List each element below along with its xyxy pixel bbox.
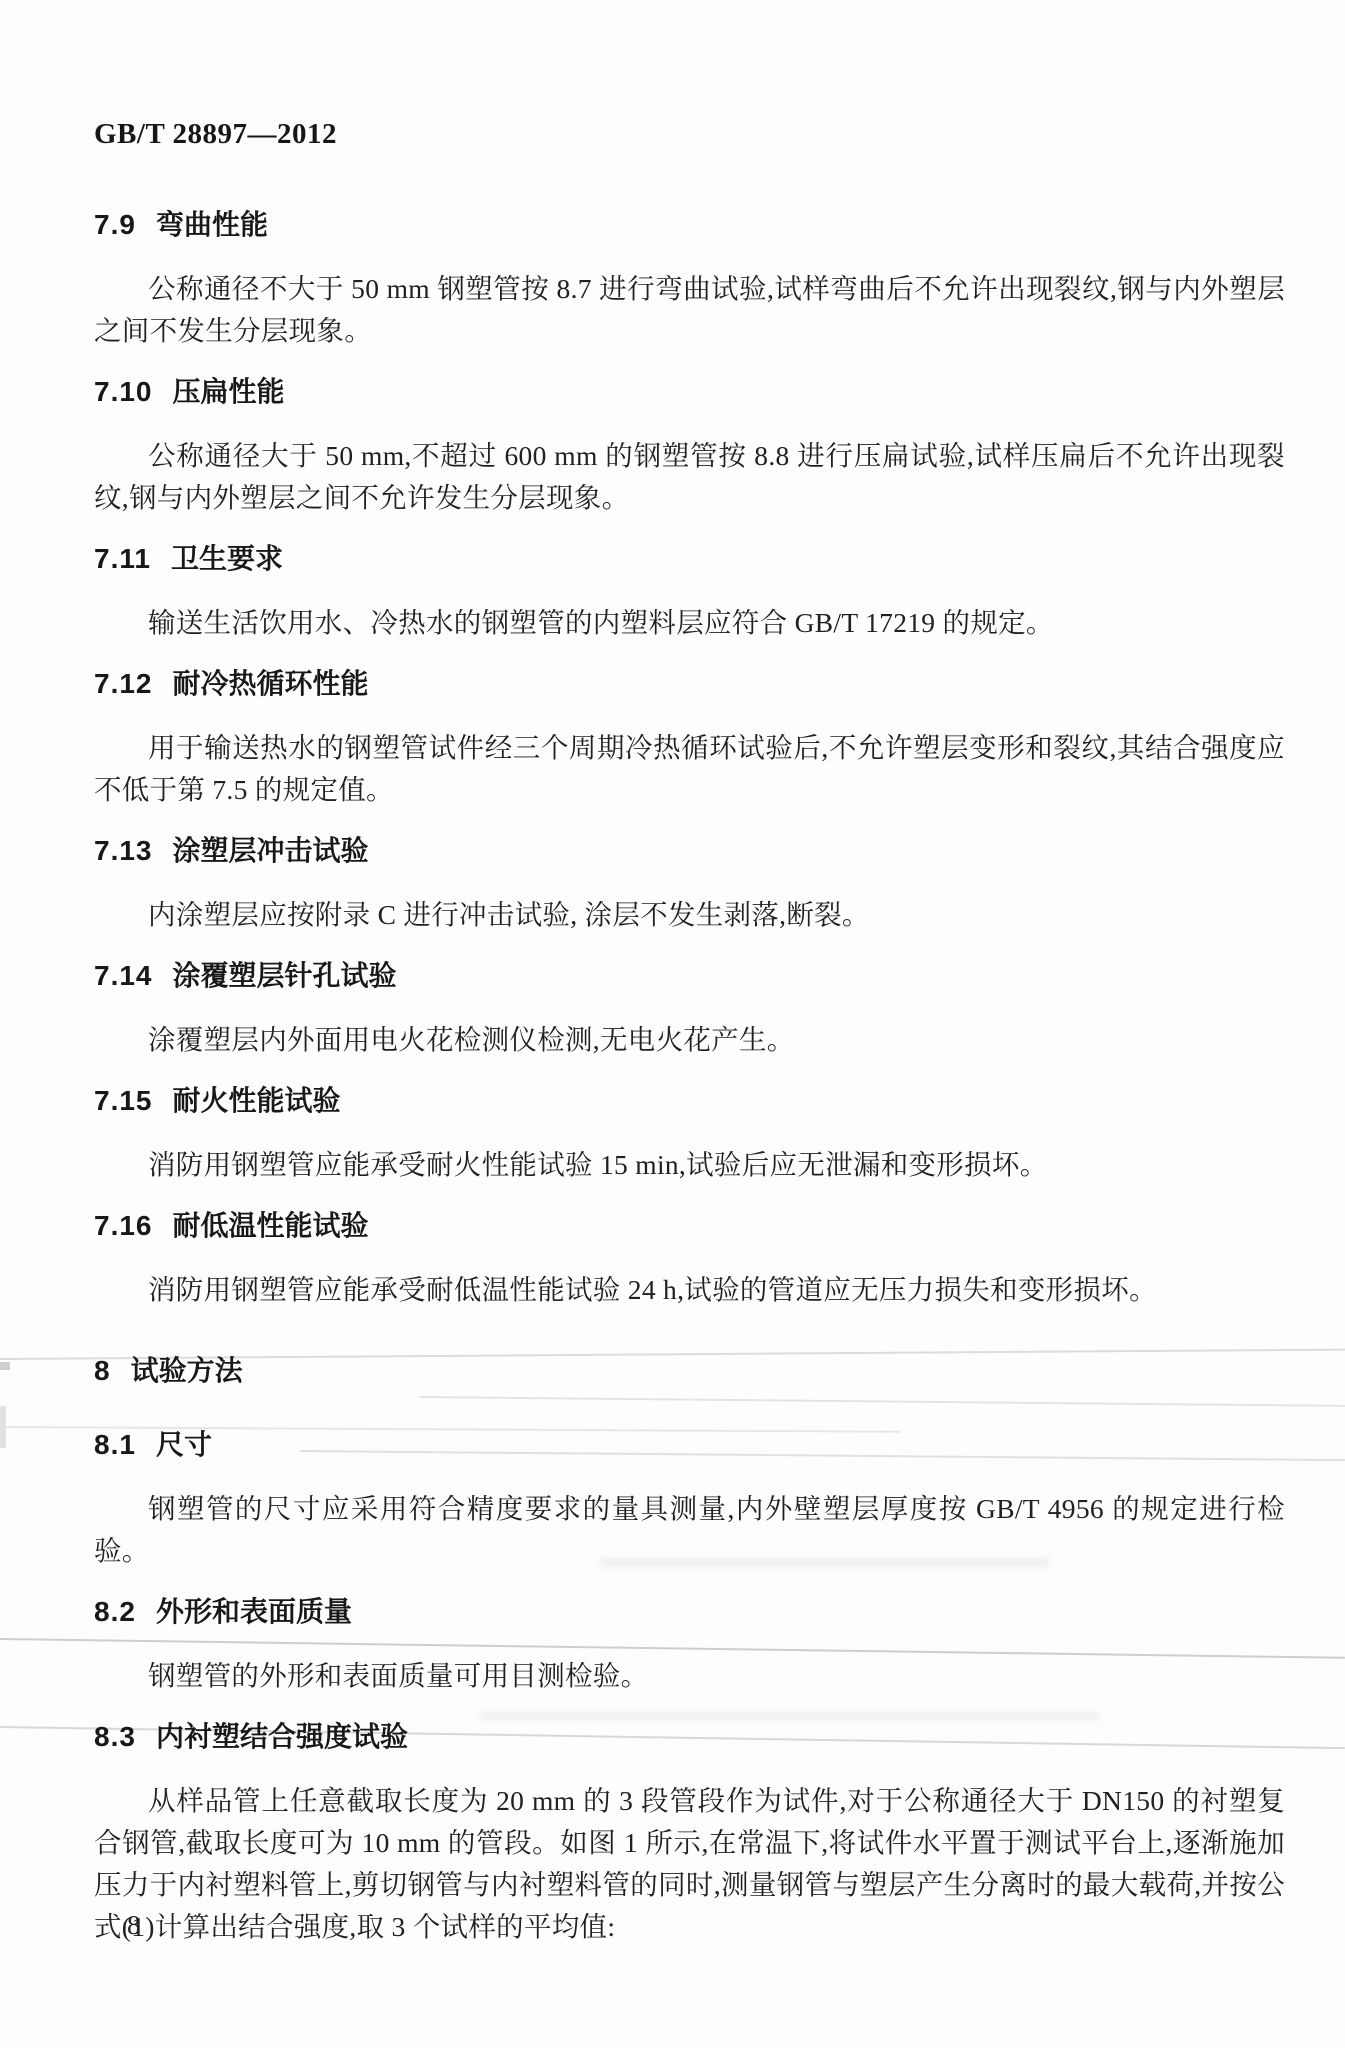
- section-title: 耐冷热循环性能: [173, 666, 369, 702]
- section-paragraph: 消防用钢塑管应能承受耐低温性能试验 24 h,试验的管道应无压力损失和变形损坏。: [94, 1269, 1285, 1311]
- section-heading: 7.13 涂塑层冲击试验: [94, 833, 1285, 869]
- section-title: 涂覆塑层针孔试验: [173, 958, 397, 994]
- section-number: 7.13: [94, 833, 153, 869]
- scan-edge-mark: [0, 1362, 10, 1370]
- section-heading: 7.11 卫生要求: [94, 541, 1285, 577]
- section-heading: 8.2 外形和表面质量: [94, 1594, 1285, 1630]
- section-8-2: 8.2 外形和表面质量 钢塑管的外形和表面质量可用目测检验。: [94, 1594, 1285, 1697]
- section-8-3: 8.3 内衬塑结合强度试验 从样品管上任意截取长度为 20 mm 的 3 段管段…: [94, 1719, 1285, 1948]
- section-paragraph: 从样品管上任意截取长度为 20 mm 的 3 段管段作为试件,对于公称通径大于 …: [94, 1780, 1285, 1948]
- section-paragraph: 公称通径不大于 50 mm 钢塑管按 8.7 进行弯曲试验,试样弯曲后不允许出现…: [94, 268, 1285, 352]
- section-title: 涂塑层冲击试验: [173, 833, 369, 869]
- section-number: 7.12: [94, 666, 153, 702]
- section-title: 耐低温性能试验: [173, 1208, 369, 1244]
- chapter-number: 8: [94, 1353, 111, 1389]
- section-paragraph: 消防用钢塑管应能承受耐火性能试验 15 min,试验后应无泄漏和变形损坏。: [94, 1144, 1285, 1186]
- section-paragraph: 内涂塑层应按附录 C 进行冲击试验, 涂层不发生剥落,断裂。: [94, 894, 1285, 936]
- page-number: 8: [127, 1910, 141, 1941]
- section-number: 7.9: [94, 207, 136, 243]
- chapter-heading: 8 试验方法: [94, 1353, 1285, 1389]
- section-number: 8.3: [94, 1719, 136, 1755]
- section-7-14: 7.14 涂覆塑层针孔试验 涂覆塑层内外面用电火花检测仪检测,无电火花产生。: [94, 958, 1285, 1061]
- section-number: 7.16: [94, 1208, 153, 1244]
- section-heading: 7.16 耐低温性能试验: [94, 1208, 1285, 1244]
- section-title: 内衬塑结合强度试验: [156, 1719, 408, 1755]
- section-7-11: 7.11 卫生要求 输送生活饮用水、冷热水的钢塑管的内塑料层应符合 GB/T 1…: [94, 541, 1285, 644]
- section-title: 尺寸: [156, 1427, 212, 1463]
- section-heading: 7.15 耐火性能试验: [94, 1083, 1285, 1119]
- section-heading: 8.1 尺寸: [94, 1427, 1285, 1463]
- section-number: 8.2: [94, 1594, 136, 1630]
- section-heading: 7.14 涂覆塑层针孔试验: [94, 958, 1285, 994]
- section-paragraph: 公称通径大于 50 mm,不超过 600 mm 的钢塑管按 8.8 进行压扁试验…: [94, 435, 1285, 519]
- section-7-15: 7.15 耐火性能试验 消防用钢塑管应能承受耐火性能试验 15 min,试验后应…: [94, 1083, 1285, 1186]
- section-number: 7.15: [94, 1083, 153, 1119]
- section-7-13: 7.13 涂塑层冲击试验 内涂塑层应按附录 C 进行冲击试验, 涂层不发生剥落,…: [94, 833, 1285, 936]
- chapter-8: 8 试验方法: [94, 1353, 1285, 1389]
- section-paragraph: 用于输送热水的钢塑管试件经三个周期冷热循环试验后,不允许塑层变形和裂纹,其结合强…: [94, 727, 1285, 811]
- section-heading: 8.3 内衬塑结合强度试验: [94, 1719, 1285, 1755]
- section-title: 外形和表面质量: [156, 1594, 352, 1630]
- scan-edge-mark: [0, 1406, 6, 1448]
- section-title: 耐火性能试验: [173, 1083, 341, 1119]
- section-title: 压扁性能: [173, 374, 285, 410]
- section-number: 7.14: [94, 958, 153, 994]
- section-title: 卫生要求: [171, 541, 283, 577]
- section-title: 弯曲性能: [156, 207, 268, 243]
- section-number: 7.10: [94, 374, 153, 410]
- section-7-9: 7.9 弯曲性能 公称通径不大于 50 mm 钢塑管按 8.7 进行弯曲试验,试…: [94, 207, 1285, 352]
- section-paragraph: 钢塑管的外形和表面质量可用目测检验。: [94, 1655, 1285, 1697]
- section-7-16: 7.16 耐低温性能试验 消防用钢塑管应能承受耐低温性能试验 24 h,试验的管…: [94, 1208, 1285, 1311]
- section-number: 7.11: [94, 541, 151, 577]
- document-page: GB/T 28897—2012 7.9 弯曲性能 公称通径不大于 50 mm 钢…: [94, 117, 1285, 1948]
- section-paragraph: 输送生活饮用水、冷热水的钢塑管的内塑料层应符合 GB/T 17219 的规定。: [94, 602, 1285, 644]
- section-paragraph: 涂覆塑层内外面用电火花检测仪检测,无电火花产生。: [94, 1019, 1285, 1061]
- section-number: 8.1: [94, 1427, 136, 1463]
- section-paragraph: 钢塑管的尺寸应采用符合精度要求的量具测量,内外壁塑层厚度按 GB/T 4956 …: [94, 1488, 1285, 1572]
- section-8-1: 8.1 尺寸 钢塑管的尺寸应采用符合精度要求的量具测量,内外壁塑层厚度按 GB/…: [94, 1427, 1285, 1572]
- section-7-10: 7.10 压扁性能 公称通径大于 50 mm,不超过 600 mm 的钢塑管按 …: [94, 374, 1285, 519]
- section-7-12: 7.12 耐冷热循环性能 用于输送热水的钢塑管试件经三个周期冷热循环试验后,不允…: [94, 666, 1285, 811]
- standard-number-header: GB/T 28897—2012: [94, 117, 1285, 151]
- section-heading: 7.10 压扁性能: [94, 374, 1285, 410]
- chapter-title: 试验方法: [131, 1353, 243, 1389]
- section-heading: 7.12 耐冷热循环性能: [94, 666, 1285, 702]
- section-heading: 7.9 弯曲性能: [94, 207, 1285, 243]
